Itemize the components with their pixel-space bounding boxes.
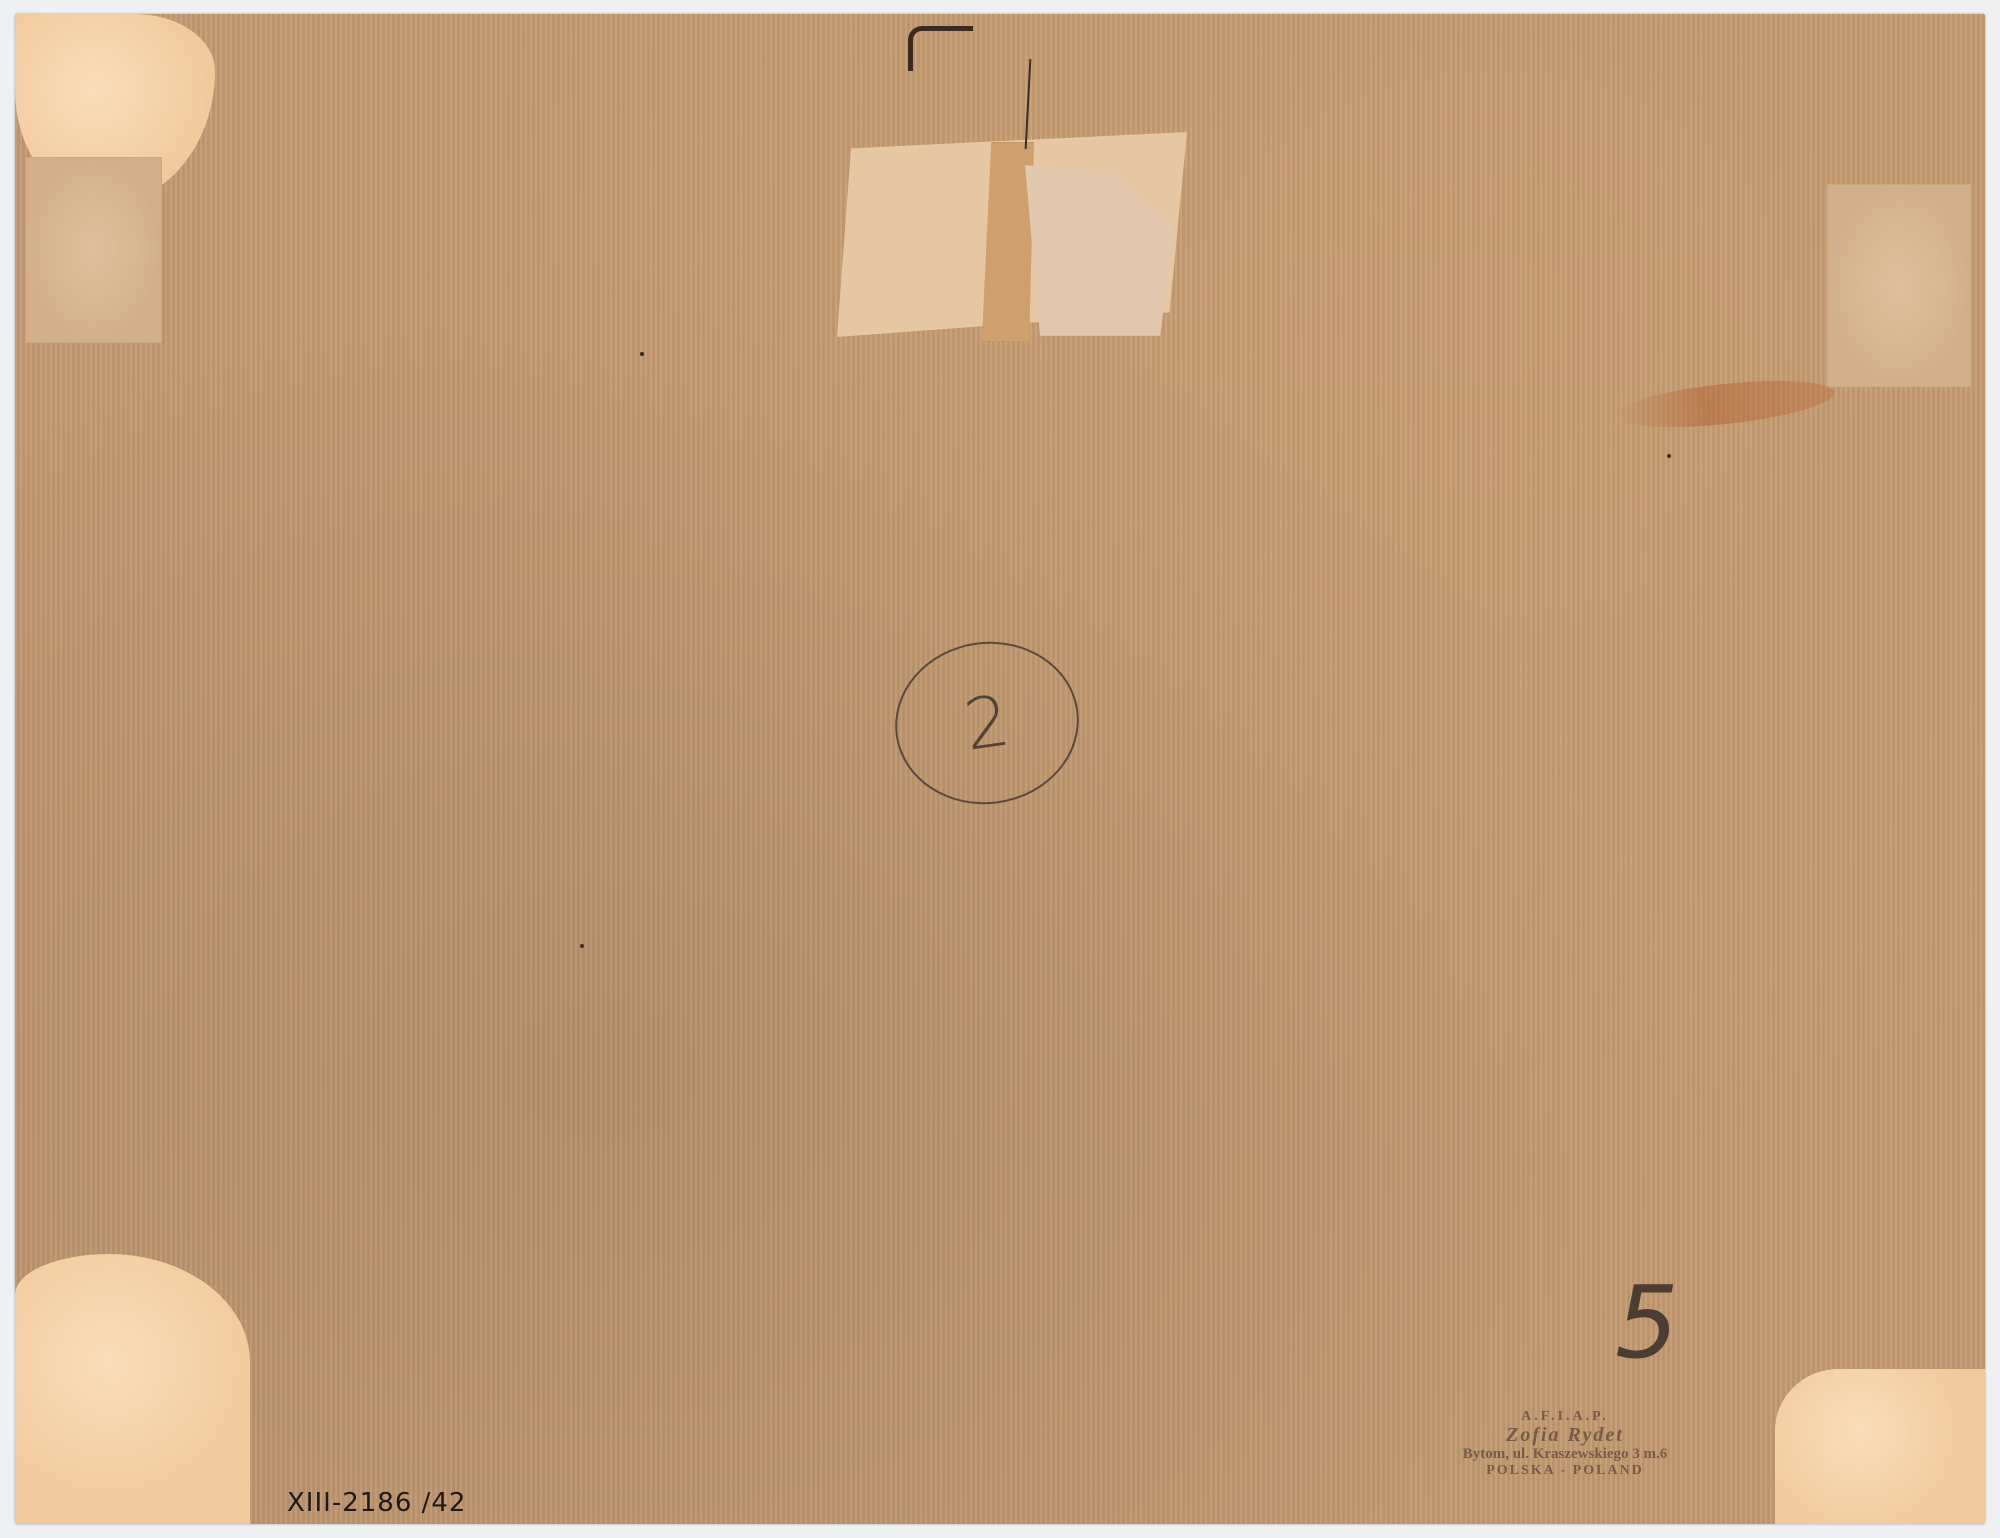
tape-strip-left: [25, 157, 162, 343]
stamp-line-2: Zofia Rydet: [1415, 1424, 1715, 1446]
cardboard-backing: 2 5 XIII-2186 /42 A.F.I.A.P. Zofia Rydet…: [15, 14, 1985, 1524]
stamp-line-1: A.F.I.A.P.: [1415, 1409, 1715, 1424]
pencil-line: [1025, 59, 1032, 149]
stamp-line-3: Bytom, ul. Kraszewskiego 3 m.6: [1415, 1446, 1715, 1463]
glue-stain: [1614, 373, 1837, 436]
stamp-line-4: POLSKA - POLAND: [1415, 1463, 1715, 1478]
torn-corner-bottom-left: [15, 1254, 250, 1524]
circled-number-annotation: 2: [885, 630, 1090, 816]
photographer-stamp: A.F.I.A.P. Zofia Rydet Bytom, ul. Krasze…: [1415, 1409, 1715, 1478]
corner-number-annotation: 5: [1615, 1264, 1679, 1381]
speck: [580, 944, 584, 948]
inventory-number: XIII-2186 /42: [287, 1488, 466, 1518]
circled-number: 2: [959, 679, 1015, 766]
speck: [640, 352, 644, 356]
ink-mark: [908, 26, 973, 71]
tape-strip-right: [1827, 184, 1971, 387]
speck: [1667, 454, 1671, 458]
torn-corner-bottom-right: [1775, 1369, 1985, 1524]
